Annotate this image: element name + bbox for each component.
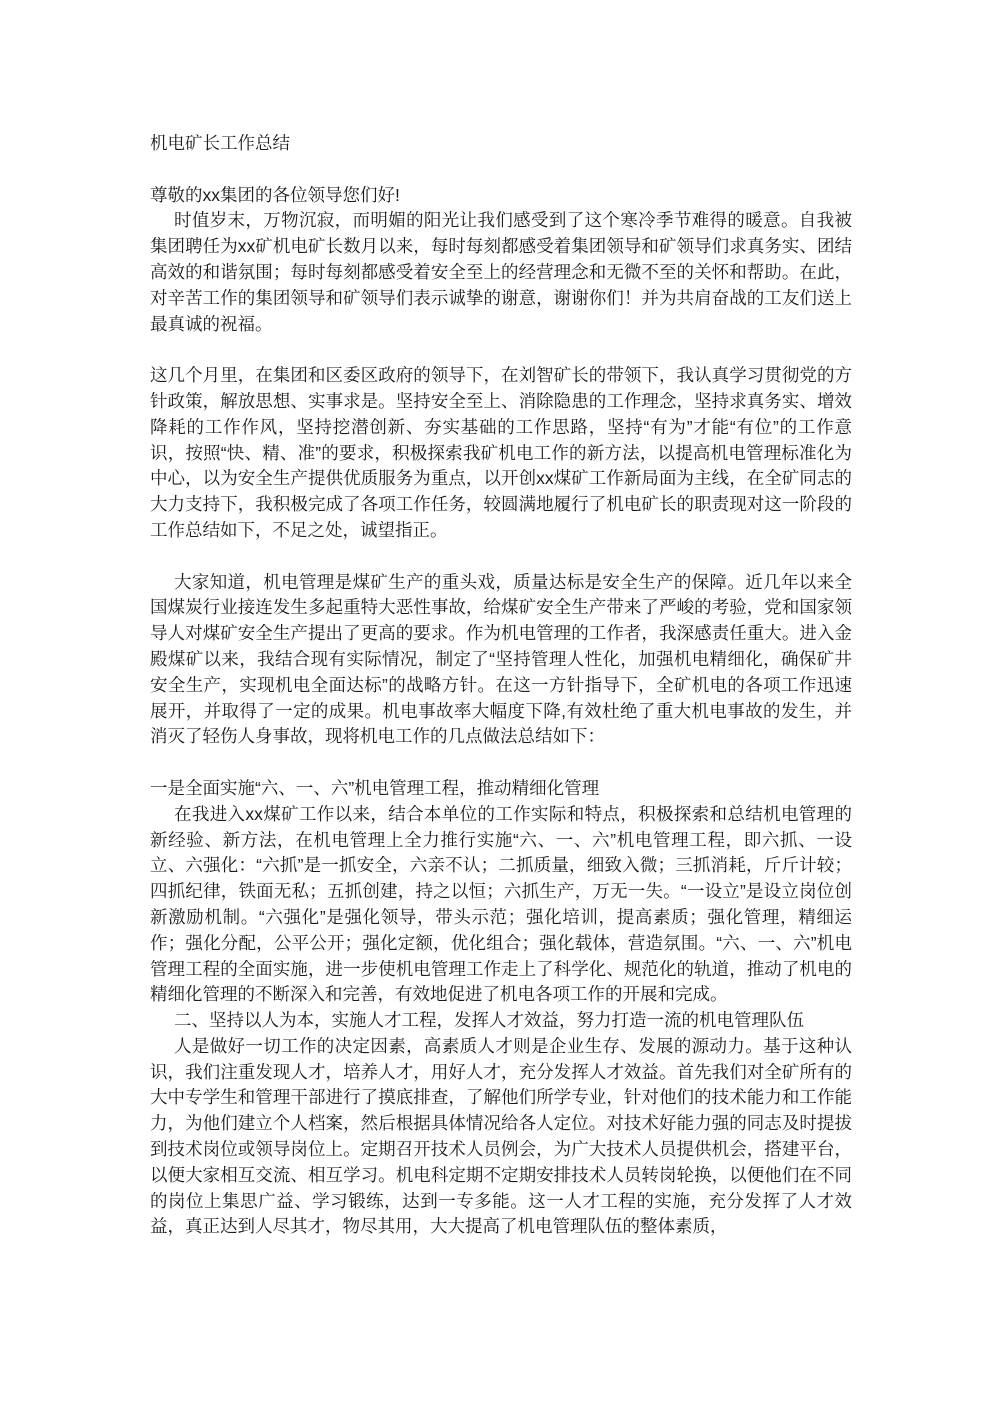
greeting-line: 尊敬的xx集团的各位领导您们好! xyxy=(150,183,852,209)
section-1-paragraph: 在我进入xx煤矿工作以来，结合本单位的工作实际和特点，积极探索和总结机电管理的新… xyxy=(150,802,852,1008)
paragraph-work-review: 这几个月里，在集团和区委区政府的领导下，在刘智矿长的带领下，我认真学习贯彻党的方… xyxy=(150,363,852,544)
section-2-heading: 二、坚持以人为本，实施人才工程，发挥人才效益，努力打造一流的机电管理队伍 xyxy=(150,1008,852,1034)
paragraph-opening: 时值岁末，万物沉寂，而明媚的阳光让我们感受到了这个寒冷季节难得的暖意。自我被集团… xyxy=(150,208,852,337)
section-2-paragraph: 人是做好一切工作的决定因素，高素质人才则是企业生存、发展的源动力。基于这种认识，… xyxy=(150,1034,852,1240)
paragraph-overview: 大家知道，机电管理是煤矿生产的重头戏，质量达标是安全生产的保障。近几年以来全国煤… xyxy=(150,570,852,751)
document-body: 机电矿长工作总结 尊敬的xx集团的各位领导您们好! 时值岁末，万物沉寂，而明媚的… xyxy=(150,131,852,1240)
document-page: 机电矿长工作总结 尊敬的xx集团的各位领导您们好! 时值岁末，万物沉寂，而明媚的… xyxy=(0,0,1000,1415)
document-title: 机电矿长工作总结 xyxy=(150,131,852,157)
section-1-heading: 一是全面实施“六、一、六”机电管理工程，推动精细化管理 xyxy=(150,776,852,802)
